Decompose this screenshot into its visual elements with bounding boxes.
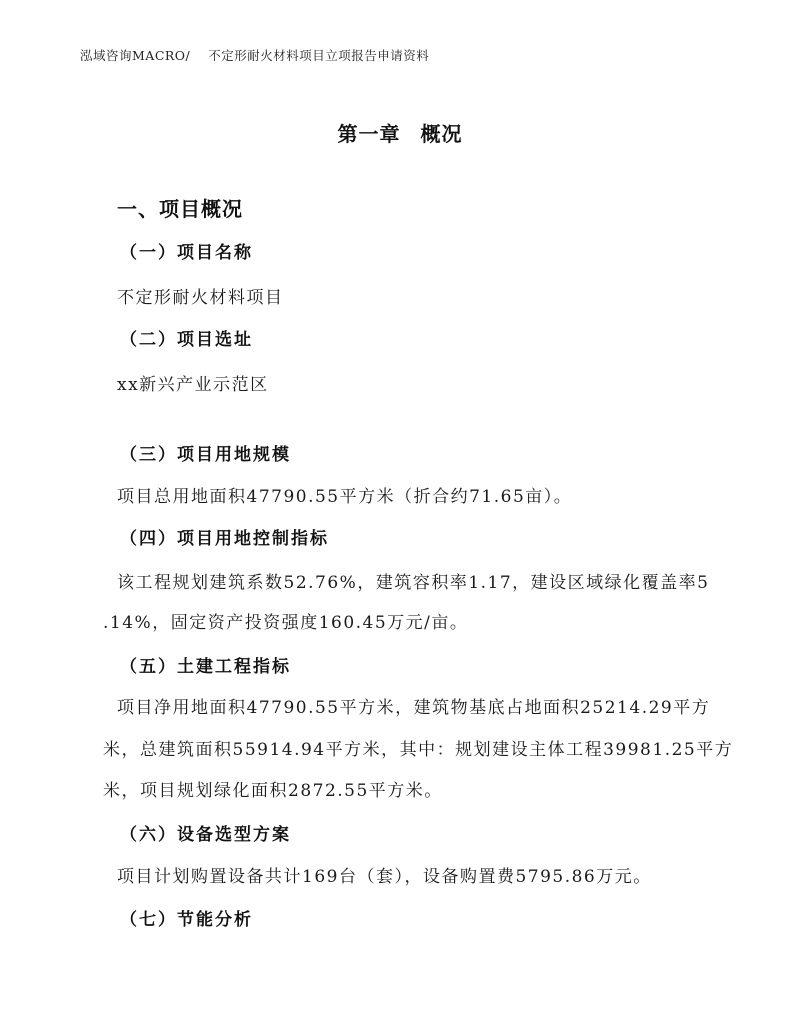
land-control-text-line-2: .14%，固定资产投资强度160.45万元/亩。 (103, 608, 468, 633)
section-title: 一、项目概况 (117, 193, 243, 222)
subsection-heading-land-scale: （三）项目用地规模 (120, 440, 291, 465)
project-name-text: 不定形耐火材料项目 (117, 283, 284, 308)
subsection-heading-project-name: （一）项目名称 (120, 238, 253, 263)
land-control-text-line-1: 该工程规划建筑系数52.76%，建筑容积率1.17，建设区域绿化覆盖率5 (117, 568, 710, 593)
subsection-heading-land-control-indicators: （四）项目用地控制指标 (120, 524, 329, 549)
civil-engineering-text-line-2: 米，总建筑面积55914.94平方米，其中：规划建设主体工程39981.25平方 (103, 735, 733, 760)
land-scale-text: 项目总用地面积47790.55平方米（折合约71.65亩）。 (117, 482, 572, 507)
chapter-number: 第一章 (338, 122, 401, 146)
header-document-title: 不定形耐火材料项目立项报告申请资料 (208, 48, 429, 63)
subsection-heading-project-site: （二）项目选址 (120, 325, 253, 350)
civil-engineering-text-line-1: 项目净用地面积47790.55平方米，建筑物基底占地面积25214.29平方 (117, 693, 710, 718)
subsection-heading-energy-saving: （七）节能分析 (120, 905, 253, 930)
header-publisher: 泓域咨询MACRO/ (80, 48, 190, 63)
chapter-name: 概况 (421, 122, 463, 146)
subsection-heading-equipment: （六）设备选型方案 (120, 820, 291, 845)
subsection-heading-civil-engineering: （五）土建工程指标 (120, 652, 291, 677)
chapter-title: 第一章概况 (0, 118, 800, 147)
equipment-text: 项目计划购置设备共计169台（套），设备购置费5795.86万元。 (117, 862, 652, 887)
civil-engineering-text-line-3: 米，项目规划绿化面积2872.55平方米。 (103, 776, 443, 801)
running-header: 泓域咨询MACRO/不定形耐火材料项目立项报告申请资料 (80, 46, 429, 64)
project-site-text: xx新兴产业示范区 (117, 370, 269, 395)
